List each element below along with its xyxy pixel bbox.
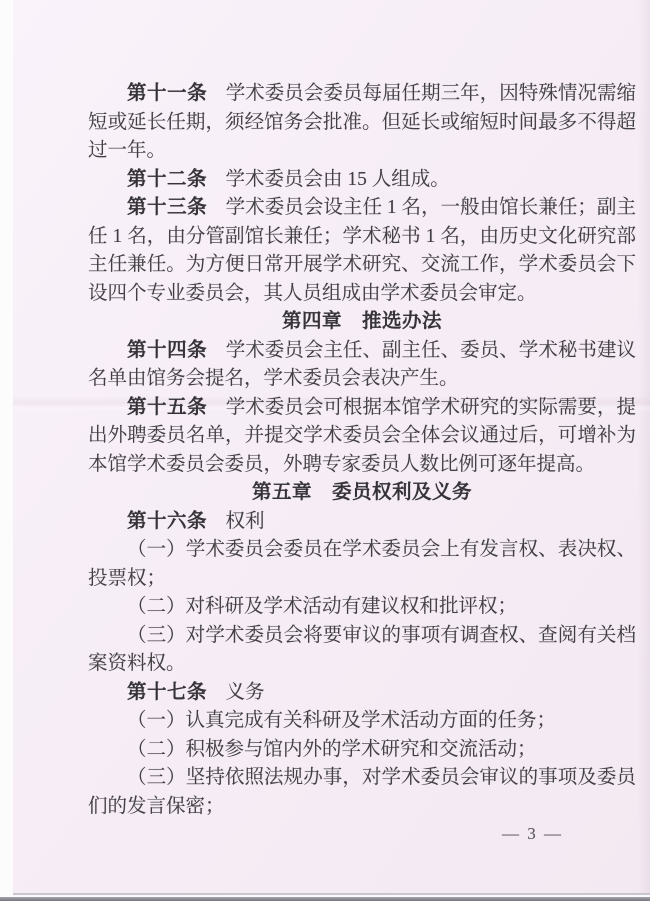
article-paragraph: 第十七条义务	[88, 679, 636, 708]
article-number: 第十七条	[127, 682, 207, 703]
article-paragraph: 第十四条学术委员会主任、副主任、委员、学术秘书建议名单由馆务会提名，学术委员会表…	[88, 337, 636, 394]
item-paragraph: （三）坚持依照法规办事，对学术委员会审议的事项及委员们的发言保密；	[88, 764, 636, 821]
chapter-heading: 第四章 推选办法	[88, 308, 636, 337]
item-paragraph: （一）认真完成有关科研及学术活动方面的任务；	[88, 707, 636, 736]
paper-right-shadow	[638, 0, 650, 893]
paper-surface: 第十一条学术委员会委员每届任期三年，因特殊情况需缩短或延长任期，须经馆务会批准。…	[13, 0, 650, 895]
item-paragraph: （一）学术委员会委员在学术委员会上有发言权、表决权、投票权；	[88, 536, 636, 593]
article-paragraph: 第十三条学术委员会设主任 1 名，一般由馆长兼任；副主任 1 名，由分管副馆长兼…	[88, 194, 636, 308]
article-number: 第十五条	[127, 397, 207, 418]
scan-bottom-edge	[0, 897, 650, 901]
article-number: 第十四条	[127, 340, 207, 361]
item-paragraph: （三）对学术委员会将要审议的事项有调查权、查阅有关档案资料权。	[88, 622, 636, 679]
article-paragraph: 第十一条学术委员会委员每届任期三年，因特殊情况需缩短或延长任期，须经馆务会批准。…	[88, 80, 636, 166]
page-number: — 3 —	[502, 824, 563, 844]
article-paragraph: 第十六条权利	[88, 508, 636, 537]
item-paragraph: （二）对科研及学术活动有建议权和批评权；	[88, 593, 636, 622]
scan-left-edge	[0, 0, 13, 901]
chapter-heading: 第五章 委员权利及义务	[88, 479, 636, 508]
article-text: 权利	[226, 511, 265, 532]
article-number: 第十六条	[127, 511, 207, 532]
article-number: 第十一条	[127, 83, 207, 104]
article-number: 第十二条	[127, 169, 207, 190]
article-paragraph: 第十二条学术委员会由 15 人组成。	[88, 166, 636, 195]
scanned-document-page: 第十一条学术委员会委员每届任期三年，因特殊情况需缩短或延长任期，须经馆务会批准。…	[0, 0, 650, 901]
article-number: 第十三条	[127, 197, 207, 218]
item-paragraph: （二）积极参与馆内外的学术研究和交流活动；	[88, 736, 636, 765]
article-paragraph: 第十五条学术委员会可根据本馆学术研究的实际需要，提出外聘委员名单，并提交学术委员…	[88, 394, 636, 480]
article-text: 义务	[226, 682, 265, 703]
document-body: 第十一条学术委员会委员每届任期三年，因特殊情况需缩短或延长任期，须经馆务会批准。…	[88, 80, 636, 821]
article-text: 学术委员会由 15 人组成。	[226, 169, 450, 190]
